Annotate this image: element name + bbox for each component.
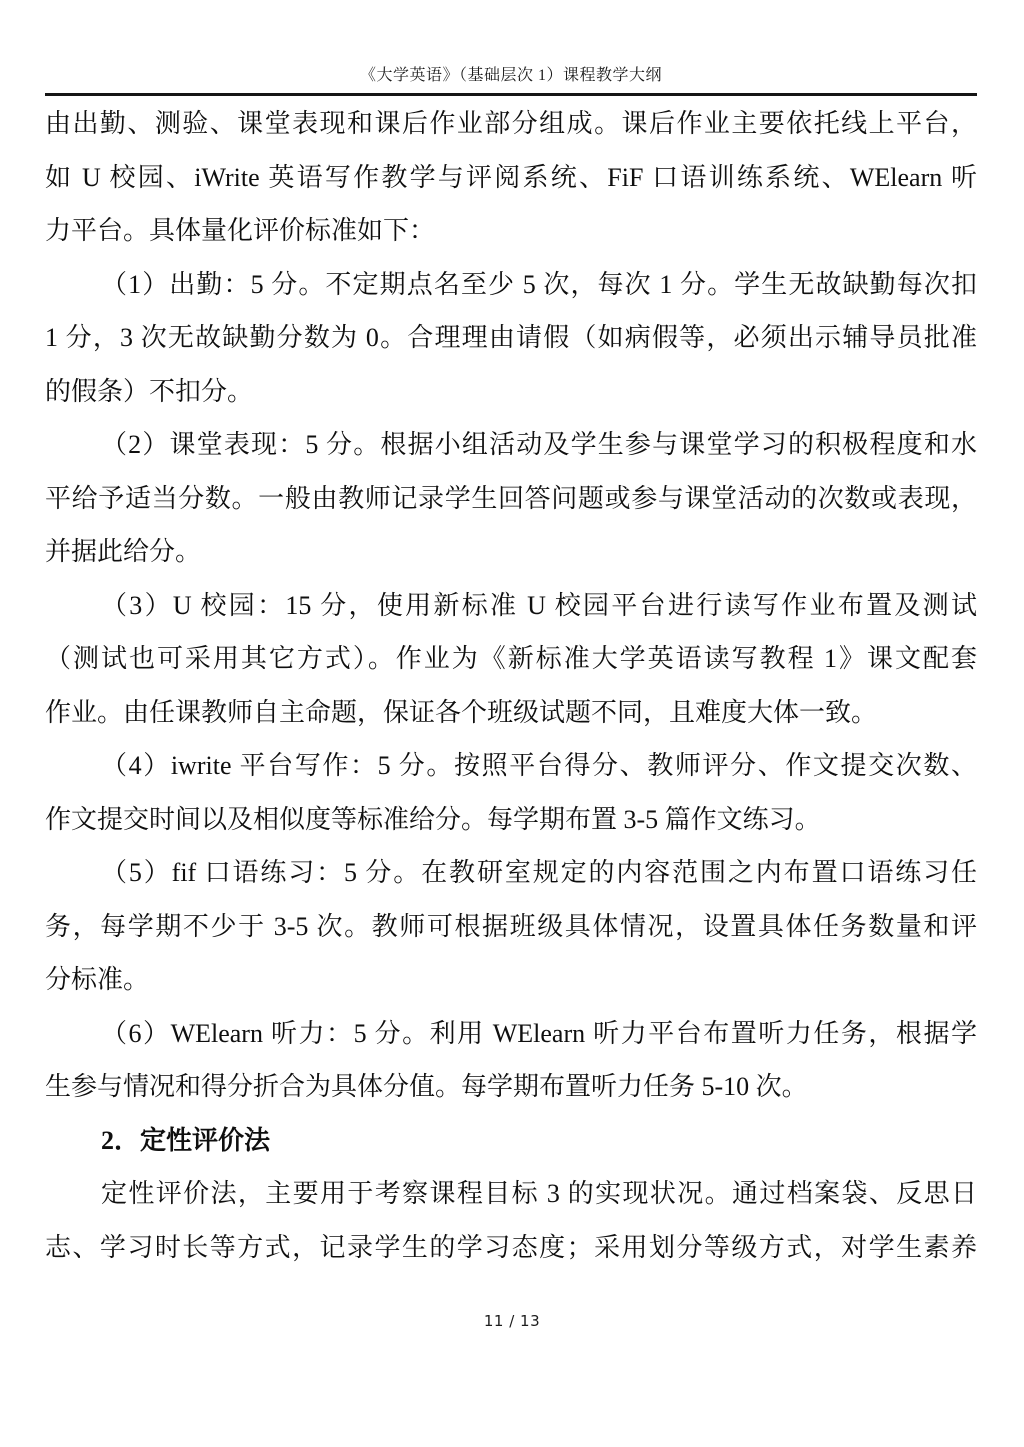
text-line: 作文提交时间以及相似度等标准给分。每学期布置 3-5 篇作文练习。 bbox=[45, 793, 977, 847]
text-line: （3）U 校园：15 分，使用新标准 U 校园平台进行读写作业布置及测试 bbox=[45, 579, 977, 633]
header-rule bbox=[45, 93, 977, 96]
text-line: 的假条）不扣分。 bbox=[45, 365, 977, 419]
text-line: 务，每学期不少于 3-5 次。教师可根据班级具体情况，设置具体任务数量和评 bbox=[45, 900, 977, 954]
paragraph-item-6-welearn-listening: （6）WElearn 听力：5 分。利用 WElearn 听力平台布置听力任务，… bbox=[45, 1007, 977, 1114]
page-number: 11 / 13 bbox=[484, 1312, 540, 1330]
text-line: 志、学习时长等方式，记录学生的学习态度；采用划分等级方式，对学生素养 bbox=[45, 1221, 977, 1275]
text-line: （2）课堂表现：5 分。根据小组活动及学生参与课堂学习的积极程度和水 bbox=[45, 418, 977, 472]
text-line: 并据此给分。 bbox=[45, 525, 977, 579]
text-line: 如 U 校园、iWrite 英语写作教学与评阅系统、FiF 口语训练系统、WEl… bbox=[45, 151, 977, 205]
paragraph-item-4-iwrite: （4）iwrite 平台写作：5 分。按照平台得分、教师评分、作文提交次数、作文… bbox=[45, 739, 977, 846]
text-line: 定性评价法，主要用于考察课程目标 3 的实现状况。通过档案袋、反思日 bbox=[45, 1167, 977, 1221]
text-line: 1 分，3 次无故缺勤分数为 0。合理理由请假（如病假等，必须出示辅导员批准 bbox=[45, 311, 977, 365]
document-page: 《大学英语》（基础层次 1）课程教学大纲 由出勤、测验、课堂表现和课后作业部分组… bbox=[0, 0, 1024, 1447]
page-footer: 11 / 13 bbox=[0, 1311, 1024, 1331]
text-line: 作业。由任课教师自主命题，保证各个班级试题不同，且难度大体一致。 bbox=[45, 686, 977, 740]
text-line: （5）fif 口语练习：5 分。在教研室规定的内容范围之内布置口语练习任 bbox=[45, 846, 977, 900]
text-line: （4）iwrite 平台写作：5 分。按照平台得分、教师评分、作文提交次数、 bbox=[45, 739, 977, 793]
paragraph-item-2-class-performance: （2）课堂表现：5 分。根据小组活动及学生参与课堂学习的积极程度和水平给予适当分… bbox=[45, 418, 977, 579]
text-line: 2．定性评价法 bbox=[45, 1114, 977, 1168]
paragraph-item-3-u-campus: （3）U 校园：15 分，使用新标准 U 校园平台进行读写作业布置及测试（测试也… bbox=[45, 579, 977, 740]
header-title: 《大学英语》（基础层次 1）课程教学大纲 bbox=[45, 64, 977, 88]
text-line: 力平台。具体量化评价标准如下： bbox=[45, 204, 977, 258]
paragraph-qualitative-evaluation: 定性评价法，主要用于考察课程目标 3 的实现状况。通过档案袋、反思日志、学习时长… bbox=[45, 1167, 977, 1274]
text-line: 分标准。 bbox=[45, 953, 977, 1007]
text-line: （测试也可采用其它方式）。作业为《新标准大学英语读写教程 1》课文配套 bbox=[45, 632, 977, 686]
text-line: 由出勤、测验、课堂表现和课后作业部分组成。课后作业主要依托线上平台， bbox=[45, 97, 977, 151]
heading-qualitative-evaluation: 2．定性评价法 bbox=[45, 1114, 977, 1168]
text-line: （1）出勤：5 分。不定期点名至少 5 次，每次 1 分。学生无故缺勤每次扣 bbox=[45, 258, 977, 312]
text-line: 平给予适当分数。一般由教师记录学生回答问题或参与课堂活动的次数或表现， bbox=[45, 472, 977, 526]
paragraph-item-5-fif-speaking: （5）fif 口语练习：5 分。在教研室规定的内容范围之内布置口语练习任务，每学… bbox=[45, 846, 977, 1007]
text-line: 生参与情况和得分折合为具体分值。每学期布置听力任务 5-10 次。 bbox=[45, 1060, 977, 1114]
paragraph-intro-continuation: 由出勤、测验、课堂表现和课后作业部分组成。课后作业主要依托线上平台，如 U 校园… bbox=[45, 97, 977, 258]
paragraph-item-1-attendance: （1）出勤：5 分。不定期点名至少 5 次，每次 1 分。学生无故缺勤每次扣1 … bbox=[45, 258, 977, 419]
document-body: 由出勤、测验、课堂表现和课后作业部分组成。课后作业主要依托线上平台，如 U 校园… bbox=[45, 97, 977, 1274]
text-line: （6）WElearn 听力：5 分。利用 WElearn 听力平台布置听力任务，… bbox=[45, 1007, 977, 1061]
